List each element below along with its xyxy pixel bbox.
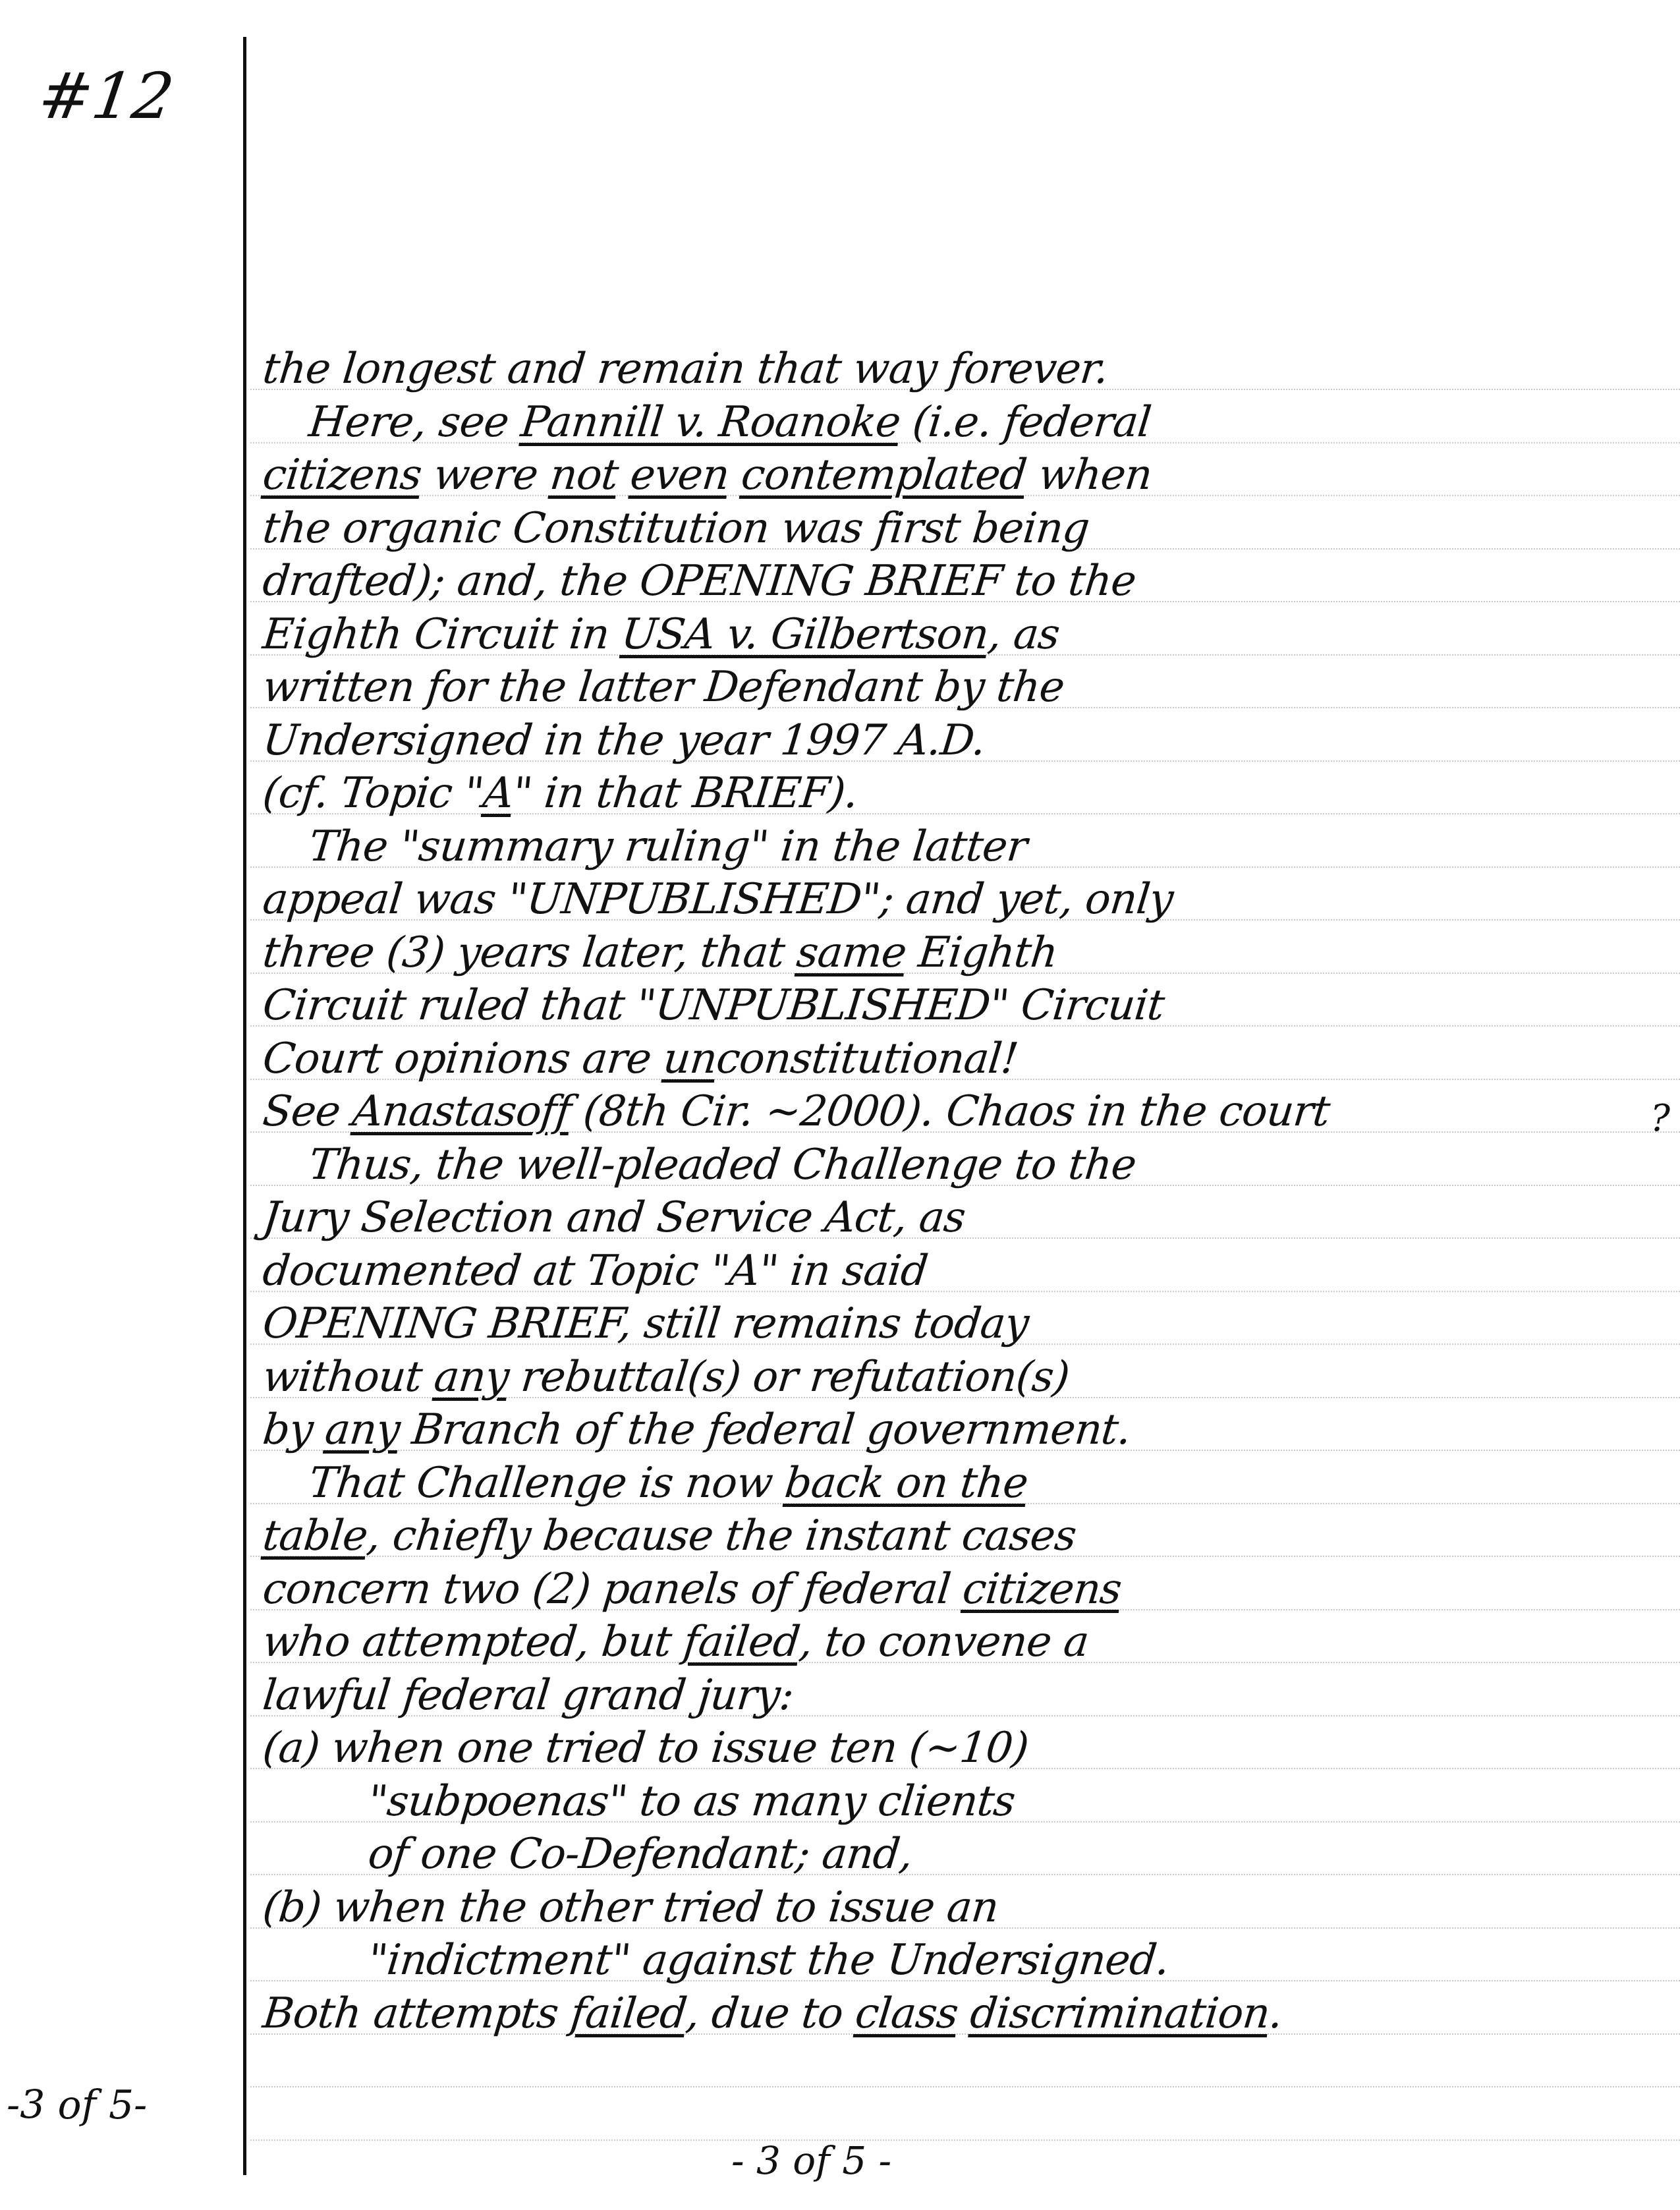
text-segment: , chiefly because the instant cases bbox=[365, 1512, 1078, 1560]
text-segment: the longest and remain that way forever. bbox=[260, 345, 1110, 393]
text-line: (b) when the other tried to issue an bbox=[260, 1881, 1669, 1935]
underlined-text: contemplated bbox=[739, 451, 1029, 499]
underlined-text: not bbox=[547, 451, 620, 499]
underlined-text: Pannill v. Roanoke bbox=[518, 398, 903, 447]
text-line: "subpoenas" to as many clients bbox=[260, 1775, 1669, 1828]
text-line: Undersigned in the year 1997 A.D. bbox=[260, 714, 1669, 768]
text-segment: documented at Topic "A" in said bbox=[260, 1247, 930, 1295]
text-line: Eighth Circuit in USA v. Gilbertson, as bbox=[260, 608, 1669, 662]
text-line: (cf. Topic "A" in that BRIEF). bbox=[260, 767, 1669, 820]
underlined-text: citizens bbox=[260, 451, 424, 499]
underlined-text: citizens bbox=[961, 1565, 1124, 1614]
text-line: without any rebuttal(s) or refutation(s) bbox=[260, 1351, 1669, 1404]
underlined-text: failed bbox=[681, 1618, 802, 1666]
text-segment: concern two (2) panels of federal bbox=[260, 1565, 965, 1614]
text-segment: were bbox=[419, 451, 553, 499]
text-line: The "summary ruling" in the latter bbox=[260, 820, 1669, 874]
underlined-text: table bbox=[260, 1512, 370, 1560]
text-segment: That Challenge is now bbox=[306, 1459, 787, 1508]
text-line: documented at Topic "A" in said bbox=[260, 1245, 1669, 1298]
text-segment: , due to bbox=[684, 1989, 858, 2038]
text-segment: the organic Constitution was first being bbox=[260, 504, 1091, 553]
text-line: OPENING BRIEF, still remains today bbox=[260, 1297, 1669, 1351]
ruled-line bbox=[250, 2086, 1680, 2087]
text-segment: rebuttal(s) or refutation(s) bbox=[506, 1353, 1071, 1402]
text-segment: Branch of the federal government. bbox=[397, 1405, 1133, 1454]
text-line: citizens were not even contemplated when bbox=[260, 449, 1669, 502]
text-segment: Jury Selection and Service Act, as bbox=[260, 1193, 967, 1242]
text-line: Here, see Pannill v. Roanoke (i.e. feder… bbox=[260, 396, 1669, 449]
text-segment: appeal was "UNPUBLISHED"; and yet, only bbox=[260, 875, 1175, 924]
text-segment: (i.e. federal bbox=[897, 398, 1153, 447]
text-segment: lawful federal grand jury: bbox=[260, 1671, 795, 1720]
text-segment: OPENING BRIEF, still remains today bbox=[260, 1299, 1030, 1348]
text-segment: " in that BRIEF). bbox=[511, 769, 860, 818]
text-line: written for the latter Defendant by the bbox=[260, 661, 1669, 714]
text-segment: Thus, the well-pleaded Challenge to the bbox=[306, 1141, 1138, 1189]
text-segment: who attempted, but bbox=[260, 1618, 686, 1666]
underlined-text: even bbox=[628, 451, 731, 499]
text-segment: Court opinions are bbox=[260, 1034, 666, 1083]
text-segment: Both attempts bbox=[260, 1989, 573, 2038]
text-line: three (3) years later, that same Eighth bbox=[260, 926, 1669, 980]
text-line: the organic Constitution was first being bbox=[260, 502, 1669, 555]
handwritten-body: the longest and remain that way forever.… bbox=[260, 343, 1664, 2040]
underlined-text: USA v. Gilbertson bbox=[619, 610, 991, 659]
text-segment: Eighth bbox=[903, 928, 1059, 977]
text-segment: (a) when one tried to issue ten (~10) bbox=[260, 1724, 1030, 1772]
page-label: #12 bbox=[34, 59, 178, 133]
ruled-line bbox=[250, 2139, 1680, 2141]
text-segment: (cf. Topic " bbox=[260, 769, 486, 818]
text-line: by any Branch of the federal government. bbox=[260, 1403, 1669, 1457]
text-segment: constitutional! bbox=[714, 1034, 1021, 1083]
text-segment: Circuit ruled that "UNPUBLISHED" Circuit bbox=[260, 981, 1166, 1030]
handwritten-page: #12 the longest and remain that way fore… bbox=[0, 0, 1680, 2210]
text-line: lawful federal grand jury: bbox=[260, 1669, 1669, 1722]
side-page-marker: -3 of 5- bbox=[7, 2082, 147, 2128]
text-line: drafted); and, the OPENING BRIEF to the bbox=[260, 555, 1669, 608]
text-segment: Undersigned in the year 1997 A.D. bbox=[260, 716, 988, 765]
text-line: who attempted, but failed, to convene a bbox=[260, 1616, 1669, 1669]
underlined-text: same bbox=[795, 928, 909, 977]
underlined-text: failed bbox=[568, 1989, 688, 2038]
text-line: Jury Selection and Service Act, as bbox=[260, 1191, 1669, 1245]
margin-line bbox=[243, 37, 246, 2175]
text-segment: Eighth Circuit in bbox=[260, 610, 624, 659]
text-segment: without bbox=[260, 1353, 437, 1402]
text-line: of one Co-Defendant; and, bbox=[260, 1828, 1669, 1881]
text-segment: (b) when the other tried to issue an bbox=[260, 1883, 1000, 1932]
text-line: Court opinions are unconstitutional! bbox=[260, 1033, 1669, 1086]
text-segment: The "summary ruling" in the latter bbox=[306, 822, 1028, 871]
underlined-text: Anastasoff bbox=[350, 1087, 573, 1136]
text-segment: written for the latter Defendant by the bbox=[260, 663, 1066, 712]
text-segment: Here, see bbox=[306, 398, 524, 447]
text-segment: of one Co-Defendant; and, bbox=[366, 1830, 914, 1879]
text-line: Circuit ruled that "UNPUBLISHED" Circuit bbox=[260, 979, 1669, 1033]
text-line: appeal was "UNPUBLISHED"; and yet, only bbox=[260, 873, 1669, 926]
text-line: table, chiefly because the instant cases bbox=[260, 1510, 1669, 1563]
text-segment: drafted); and, the OPENING BRIEF to the bbox=[260, 557, 1138, 606]
text-segment: See bbox=[260, 1087, 355, 1136]
underlined-text: discrimination bbox=[968, 1989, 1272, 2038]
text-segment: "indictment" against the Undersigned. bbox=[366, 1936, 1171, 1985]
underlined-text: un bbox=[661, 1034, 719, 1083]
underlined-text: class bbox=[853, 1989, 961, 2038]
text-line: That Challenge is now back on the bbox=[260, 1457, 1669, 1510]
text-segment: three (3) years later, that bbox=[260, 928, 799, 977]
text-line: "indictment" against the Undersigned. bbox=[260, 1934, 1669, 1987]
underlined-text: any bbox=[323, 1405, 402, 1454]
text-segment: , to convene a bbox=[797, 1618, 1090, 1666]
text-line: Thus, the well-pleaded Challenge to the bbox=[260, 1139, 1669, 1192]
text-line: the longest and remain that way forever. bbox=[260, 343, 1669, 396]
bottom-page-marker: - 3 of 5 - bbox=[731, 2138, 891, 2183]
text-line: concern two (2) panels of federal citize… bbox=[260, 1563, 1669, 1616]
text-line: (a) when one tried to issue ten (~10) bbox=[260, 1722, 1669, 1775]
underlined-text: any bbox=[432, 1353, 511, 1402]
text-line: Both attempts failed, due to class discr… bbox=[260, 1987, 1669, 2041]
text-segment: , as bbox=[986, 610, 1061, 659]
text-segment: "subpoenas" to as many clients bbox=[366, 1777, 1017, 1826]
insertion-mark: ? bbox=[1650, 1097, 1670, 1140]
text-segment: by bbox=[260, 1405, 327, 1454]
text-segment: when bbox=[1024, 451, 1154, 499]
underlined-text: back on the bbox=[783, 1459, 1030, 1508]
text-segment: (8th Cir. ~2000). Chaos in the court bbox=[568, 1087, 1331, 1136]
text-line: See Anastasoff (8th Cir. ~2000). Chaos i… bbox=[260, 1085, 1669, 1139]
